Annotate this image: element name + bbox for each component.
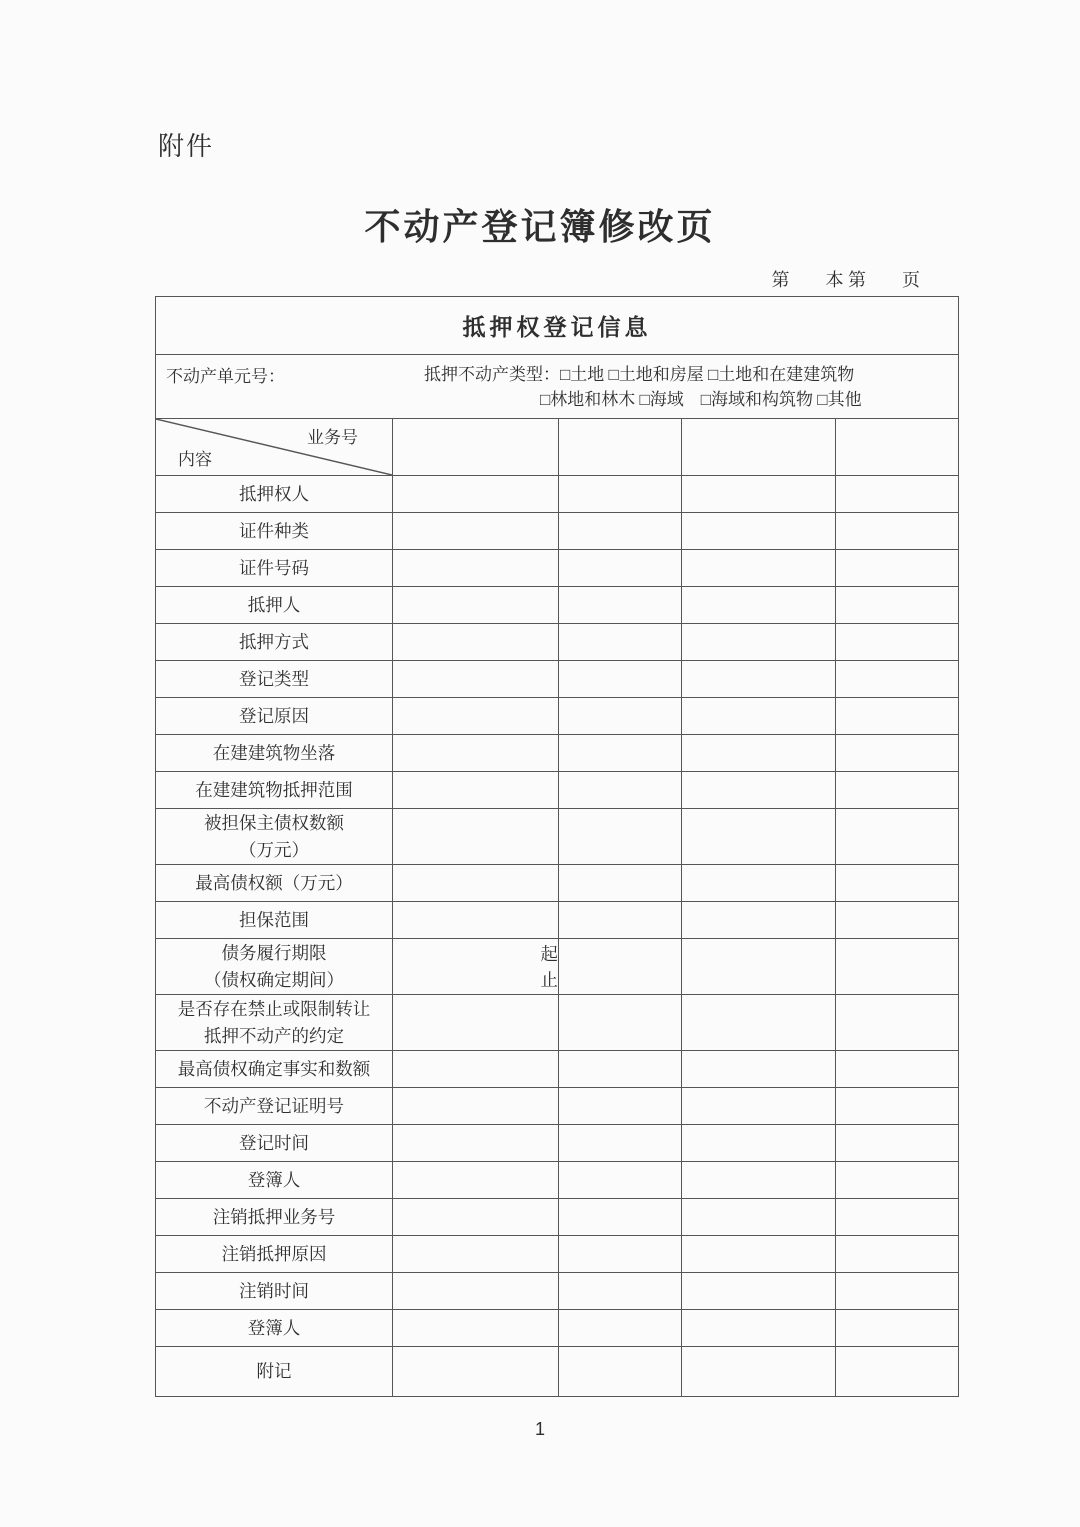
table-row: 登簿人 xyxy=(156,1162,959,1199)
data-cell xyxy=(682,1236,836,1273)
row-label: 注销抵押业务号 xyxy=(156,1199,393,1236)
table-row: 抵押人 xyxy=(156,587,959,624)
row-label: 不动产登记证明号 xyxy=(156,1088,393,1125)
data-cell: 起止 xyxy=(393,939,559,995)
data-cell xyxy=(682,587,836,624)
data-cell xyxy=(682,624,836,661)
data-cell xyxy=(559,1162,682,1199)
table-row: 注销抵押原因 xyxy=(156,1236,959,1273)
data-cell xyxy=(682,865,836,902)
table-row: 最高债权确定事实和数额 xyxy=(156,1051,959,1088)
data-cell xyxy=(836,624,959,661)
data-cell xyxy=(836,1199,959,1236)
data-cell xyxy=(559,995,682,1051)
data-cell xyxy=(836,865,959,902)
table-row: 是否存在禁止或限制转让抵押不动产的约定 xyxy=(156,995,959,1051)
data-cell xyxy=(836,1051,959,1088)
data-cell xyxy=(393,735,559,772)
table-row: 登记原因 xyxy=(156,698,959,735)
term-end-label: 止 xyxy=(393,967,558,993)
data-cell xyxy=(393,550,559,587)
data-cell xyxy=(836,995,959,1051)
data-cell xyxy=(559,1310,682,1347)
data-cell xyxy=(393,809,559,865)
row-label: 抵押权人 xyxy=(156,476,393,513)
row-label: 抵押人 xyxy=(156,587,393,624)
term-start-label: 起 xyxy=(393,941,558,967)
data-cell xyxy=(836,1347,959,1397)
data-cell xyxy=(682,1162,836,1199)
data-cell xyxy=(393,902,559,939)
matrix-header-row: 业务号 内容 xyxy=(156,419,959,476)
data-cell xyxy=(559,476,682,513)
data-cell xyxy=(559,865,682,902)
table-row: 登簿人 xyxy=(156,1310,959,1347)
data-cell xyxy=(682,772,836,809)
data-cell xyxy=(559,661,682,698)
data-cell xyxy=(682,1088,836,1125)
page-number: 1 xyxy=(0,1419,1080,1440)
data-cell xyxy=(393,1347,559,1397)
unit-type-row: 不动产单元号： 抵押不动产类型：□土地 □土地和房屋 □土地和在建建筑物 □林地… xyxy=(156,355,959,419)
data-cell xyxy=(393,1273,559,1310)
matrix-header-cell: 业务号 内容 xyxy=(156,419,393,476)
data-cell xyxy=(682,735,836,772)
table-row: 不动产登记证明号 xyxy=(156,1088,959,1125)
data-cell xyxy=(682,1347,836,1397)
data-cell xyxy=(682,939,836,995)
data-cell xyxy=(559,419,682,476)
table-row: 债务履行期限（债权确定期间）起止 xyxy=(156,939,959,995)
row-label: 担保范围 xyxy=(156,902,393,939)
data-cell xyxy=(836,735,959,772)
data-cell xyxy=(682,995,836,1051)
data-cell xyxy=(559,587,682,624)
data-cell xyxy=(836,698,959,735)
row-label: 证件种类 xyxy=(156,513,393,550)
data-cell xyxy=(559,550,682,587)
table-body: 抵押权人证件种类证件号码抵押人抵押方式登记类型登记原因在建建筑物坐落在建建筑物抵… xyxy=(156,476,959,1397)
data-cell xyxy=(559,902,682,939)
row-label: 登记原因 xyxy=(156,698,393,735)
row-label: 在建建筑物坐落 xyxy=(156,735,393,772)
row-label: 在建建筑物抵押范围 xyxy=(156,772,393,809)
unit-type-cell: 不动产单元号： 抵押不动产类型：□土地 □土地和房屋 □土地和在建建筑物 □林地… xyxy=(156,355,959,419)
data-cell xyxy=(393,1162,559,1199)
data-cell xyxy=(836,419,959,476)
row-label: 最高债权确定事实和数额 xyxy=(156,1051,393,1088)
data-cell xyxy=(393,587,559,624)
data-cell xyxy=(393,1236,559,1273)
table-row: 被担保主债权数额（万元） xyxy=(156,809,959,865)
mortgage-registration-table: 抵押权登记信息 不动产单元号： 抵押不动产类型：□土地 □土地和房屋 □土地和在… xyxy=(155,296,959,1397)
data-cell xyxy=(559,772,682,809)
table-row: 证件号码 xyxy=(156,550,959,587)
data-cell xyxy=(682,661,836,698)
data-cell xyxy=(559,513,682,550)
data-cell xyxy=(393,865,559,902)
data-cell xyxy=(836,1088,959,1125)
data-cell xyxy=(682,1125,836,1162)
table-row: 在建建筑物抵押范围 xyxy=(156,772,959,809)
row-label: 附记 xyxy=(156,1347,393,1397)
unit-number-label: 不动产单元号： xyxy=(166,362,424,387)
data-cell xyxy=(836,587,959,624)
data-cell xyxy=(836,902,959,939)
data-cell xyxy=(559,698,682,735)
data-cell xyxy=(836,550,959,587)
page-title: 不动产登记簿修改页 xyxy=(0,199,1080,250)
table-row: 注销抵押业务号 xyxy=(156,1199,959,1236)
data-cell xyxy=(559,1347,682,1397)
data-cell xyxy=(559,624,682,661)
data-cell xyxy=(682,1273,836,1310)
table-row: 在建建筑物坐落 xyxy=(156,735,959,772)
data-cell xyxy=(559,1236,682,1273)
data-cell xyxy=(393,476,559,513)
data-cell xyxy=(393,1088,559,1125)
data-cell xyxy=(393,995,559,1051)
table-row: 抵押权人 xyxy=(156,476,959,513)
data-cell xyxy=(682,809,836,865)
data-cell xyxy=(836,513,959,550)
data-cell xyxy=(836,1162,959,1199)
mortgage-type-block: 抵押不动产类型：□土地 □土地和房屋 □土地和在建建筑物 □林地和林木 □海域 … xyxy=(424,362,862,412)
table-title-row: 抵押权登记信息 xyxy=(156,297,959,355)
data-cell xyxy=(836,1273,959,1310)
data-cell xyxy=(393,772,559,809)
data-cell xyxy=(682,550,836,587)
data-cell xyxy=(559,939,682,995)
row-label: 注销时间 xyxy=(156,1273,393,1310)
row-label: 登簿人 xyxy=(156,1310,393,1347)
data-cell xyxy=(682,1310,836,1347)
data-cell xyxy=(682,419,836,476)
row-label: 登簿人 xyxy=(156,1162,393,1199)
data-cell xyxy=(836,1125,959,1162)
data-cell xyxy=(682,902,836,939)
data-cell xyxy=(393,661,559,698)
document-page: { "page": { "attachment_label": "附件", "t… xyxy=(0,0,1080,1527)
data-cell xyxy=(682,476,836,513)
row-label: 债务履行期限（债权确定期间） xyxy=(156,939,393,995)
data-cell xyxy=(836,1310,959,1347)
row-label: 证件号码 xyxy=(156,550,393,587)
table-row: 登记类型 xyxy=(156,661,959,698)
data-cell xyxy=(393,1051,559,1088)
mortgage-type-options-line1: 抵押不动产类型：□土地 □土地和房屋 □土地和在建建筑物 xyxy=(424,362,862,387)
content-label: 内容 xyxy=(178,445,212,470)
table-row: 担保范围 xyxy=(156,902,959,939)
data-cell xyxy=(682,698,836,735)
data-cell xyxy=(836,476,959,513)
row-label: 登记类型 xyxy=(156,661,393,698)
table-row: 登记时间 xyxy=(156,1125,959,1162)
data-cell xyxy=(836,939,959,995)
data-cell xyxy=(559,1125,682,1162)
table-row: 抵押方式 xyxy=(156,624,959,661)
data-cell xyxy=(836,809,959,865)
attachment-label: 附件 xyxy=(158,126,1080,163)
business-number-label: 业务号 xyxy=(307,423,358,448)
row-label: 登记时间 xyxy=(156,1125,393,1162)
data-cell xyxy=(393,1199,559,1236)
data-cell xyxy=(836,772,959,809)
data-cell xyxy=(393,1125,559,1162)
data-cell xyxy=(393,624,559,661)
row-label: 是否存在禁止或限制转让抵押不动产的约定 xyxy=(156,995,393,1051)
data-cell xyxy=(836,661,959,698)
data-cell xyxy=(559,1199,682,1236)
row-label: 抵押方式 xyxy=(156,624,393,661)
mortgage-type-options-line2: □林地和林木 □海域 □海域和构筑物 □其他 xyxy=(424,387,862,412)
data-cell xyxy=(393,1310,559,1347)
table-row: 注销时间 xyxy=(156,1273,959,1310)
data-cell xyxy=(682,1051,836,1088)
data-cell xyxy=(393,513,559,550)
table-row: 附记 xyxy=(156,1347,959,1397)
data-cell xyxy=(559,1051,682,1088)
row-label: 注销抵押原因 xyxy=(156,1236,393,1273)
data-cell xyxy=(682,513,836,550)
data-cell xyxy=(393,419,559,476)
data-cell xyxy=(682,1199,836,1236)
data-cell xyxy=(559,1273,682,1310)
data-cell xyxy=(393,698,559,735)
data-cell xyxy=(559,809,682,865)
table-title: 抵押权登记信息 xyxy=(156,297,959,355)
table-row: 证件种类 xyxy=(156,513,959,550)
row-label: 最高债权额（万元） xyxy=(156,865,393,902)
data-cell xyxy=(559,735,682,772)
table-row: 最高债权额（万元） xyxy=(156,865,959,902)
row-label: 被担保主债权数额（万元） xyxy=(156,809,393,865)
data-cell xyxy=(836,1236,959,1273)
data-cell xyxy=(559,1088,682,1125)
page-counter: 第 本 第 页 xyxy=(155,266,958,292)
